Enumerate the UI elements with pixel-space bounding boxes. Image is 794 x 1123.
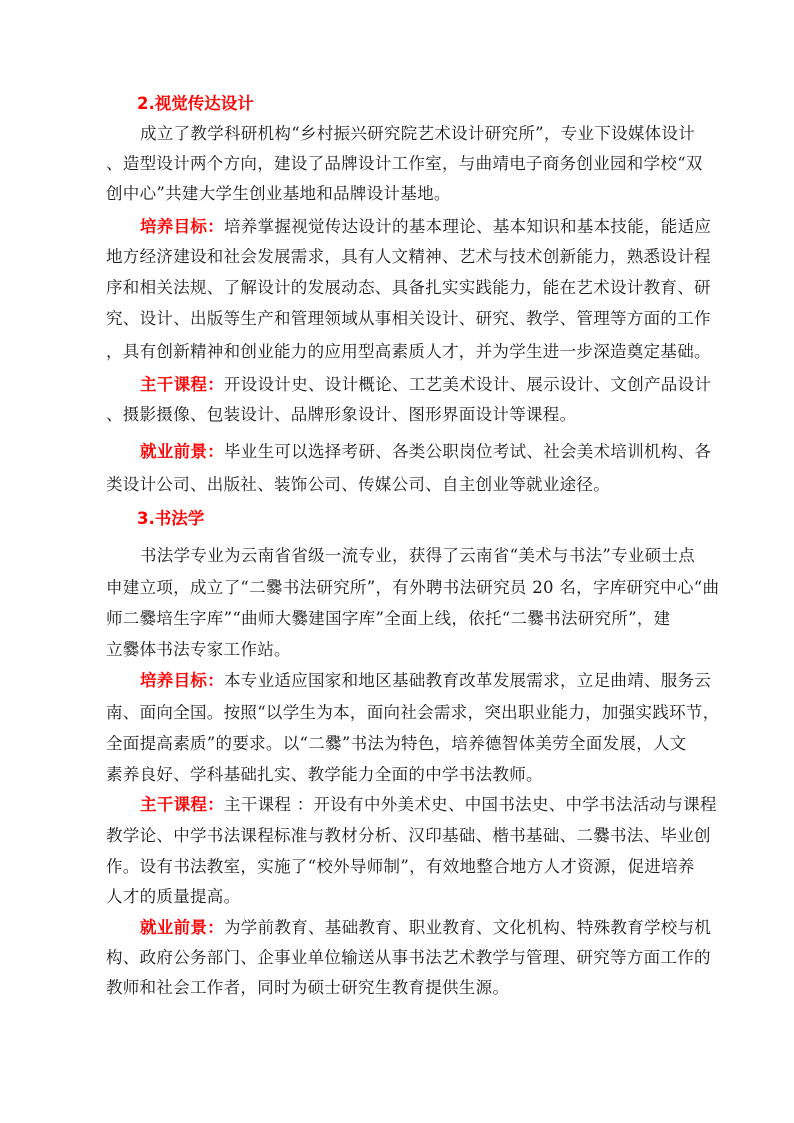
goal-line: 地方经济建设和社会发展需求，具有人文精神、艺术与技术创新能力，熟悉设计程	[106, 246, 696, 268]
career-label: 就业前景：	[140, 918, 224, 937]
career-line: 就业前景：毕业生可以选择考研、各类公职岗位考试、社会美术培训机构、各	[140, 441, 696, 463]
courses-line: 、摄影摄像、包装设计、品牌形象设计、图形界面设计等课程。	[106, 404, 696, 426]
career-line: 构、政府公务部门、企事业单位输送从事书法艺术教学与管理、研究等方面工作的	[106, 947, 696, 969]
section-heading-visual-communication: 2.视觉传达设计	[137, 93, 254, 115]
courses-label: 主干课程：	[140, 795, 224, 814]
courses-line: 作。设有书法教室，实施了“校外导师制”，有效地整合地方人才资源，促进培养	[106, 856, 696, 878]
career-text: 毕业生可以选择考研、各类公职岗位考试、社会美术培训机构、各	[224, 442, 711, 461]
career-line: 类设计公司、出版社、装饰公司、传媒公司、自主创业等就业途径。	[106, 474, 696, 496]
courses-line: 主干课程：主干课程 ：开设有中外美术史、中国书法史、中学书法活动与课程	[140, 794, 696, 816]
goal-label: 培养目标：	[140, 671, 224, 690]
intro-line: 创中心”共建大学生创业基地和品牌设计基地。	[106, 183, 696, 205]
courses-text: 主干课程 ：开设有中外美术史、中国书法史、中学书法活动与课程	[224, 795, 717, 814]
courses-line: 主干课程：开设设计史、设计概论、工艺美术设计、展示设计、文创产品设计	[140, 374, 696, 396]
document-page: 2.视觉传达设计 成立了教学科研机构“乡村振兴研究院艺术设计研究所”，专业下设媒…	[0, 0, 794, 1123]
courses-label: 主干课程：	[140, 375, 224, 394]
goal-line: 素养良好、学科基础扎实、教学能力全面的中学书法教师。	[106, 764, 696, 786]
goal-line: 究、设计、出版等生产和管理领域从事相关设计、研究、教学、管理等方面的工作	[106, 308, 696, 330]
intro-line: 申建立项，成立了“二爨书法研究所”，有外聘书法研究员 20 名，字库研究中心“曲	[106, 577, 696, 599]
courses-line: 教学论、中学书法课程标准与教材分析、汉印基础、楷书基础、二爨书法、毕业创	[106, 825, 696, 847]
intro-line: 立爨体书法专家工作站。	[106, 639, 696, 661]
goal-line: 序和相关法规、了解设计的发展动态、具备扎实实践能力，能在艺术设计教育、研	[106, 277, 696, 299]
goal-label: 培养目标：	[140, 217, 224, 236]
goal-line: 全面提高素质”的要求。以“二爨”书法为特色，培养德智体美劳全面发展，人文	[106, 733, 696, 755]
career-label: 就业前景：	[140, 442, 224, 461]
goal-text: 本专业适应国家和地区基础教育改革发展需求，立足曲靖、服务云	[224, 671, 711, 690]
section-heading-calligraphy: 3.书法学	[137, 508, 204, 530]
intro-line: 成立了教学科研机构“乡村振兴研究院艺术设计研究所”，专业下设媒体设计	[140, 123, 696, 145]
career-line: 教师和社会工作者，同时为硕士研究生教育提供生源。	[106, 977, 696, 999]
intro-line: 书法学专业为云南省省级一流专业，获得了云南省“美术与书法”专业硕士点	[140, 545, 696, 567]
goal-line: ，具有创新精神和创业能力的应用型高素质人才，并为学生进一步深造奠定基础。	[106, 341, 696, 363]
courses-text: 开设设计史、设计概论、工艺美术设计、展示设计、文创产品设计	[224, 375, 711, 394]
goal-line: 培养目标：培养掌握视觉传达设计的基本理论、基本知识和基本技能，能适应	[140, 216, 696, 238]
career-line: 就业前景：为学前教育、基础教育、职业教育、文化机构、特殊教育学校与机	[140, 917, 696, 939]
goal-line: 南、面向全国。按照“以学生为本，面向社会需求，突出职业能力，加强实践环节，	[106, 702, 696, 724]
goal-line: 培养目标：本专业适应国家和地区基础教育改革发展需求，立足曲靖、服务云	[140, 670, 696, 692]
career-text: 为学前教育、基础教育、职业教育、文化机构、特殊教育学校与机	[224, 918, 711, 937]
goal-text: 培养掌握视觉传达设计的基本理论、基本知识和基本技能，能适应	[224, 217, 711, 236]
courses-line: 人才的质量提高。	[106, 886, 696, 908]
intro-line: 、造型设计两个方向，建设了品牌设计工作室，与曲靖电子商务创业园和学校“双	[106, 153, 696, 175]
intro-line: 师二爨培生字库”“曲师大爨建国字库”全面上线，依托“二爨书法研究所”，建	[106, 608, 696, 630]
